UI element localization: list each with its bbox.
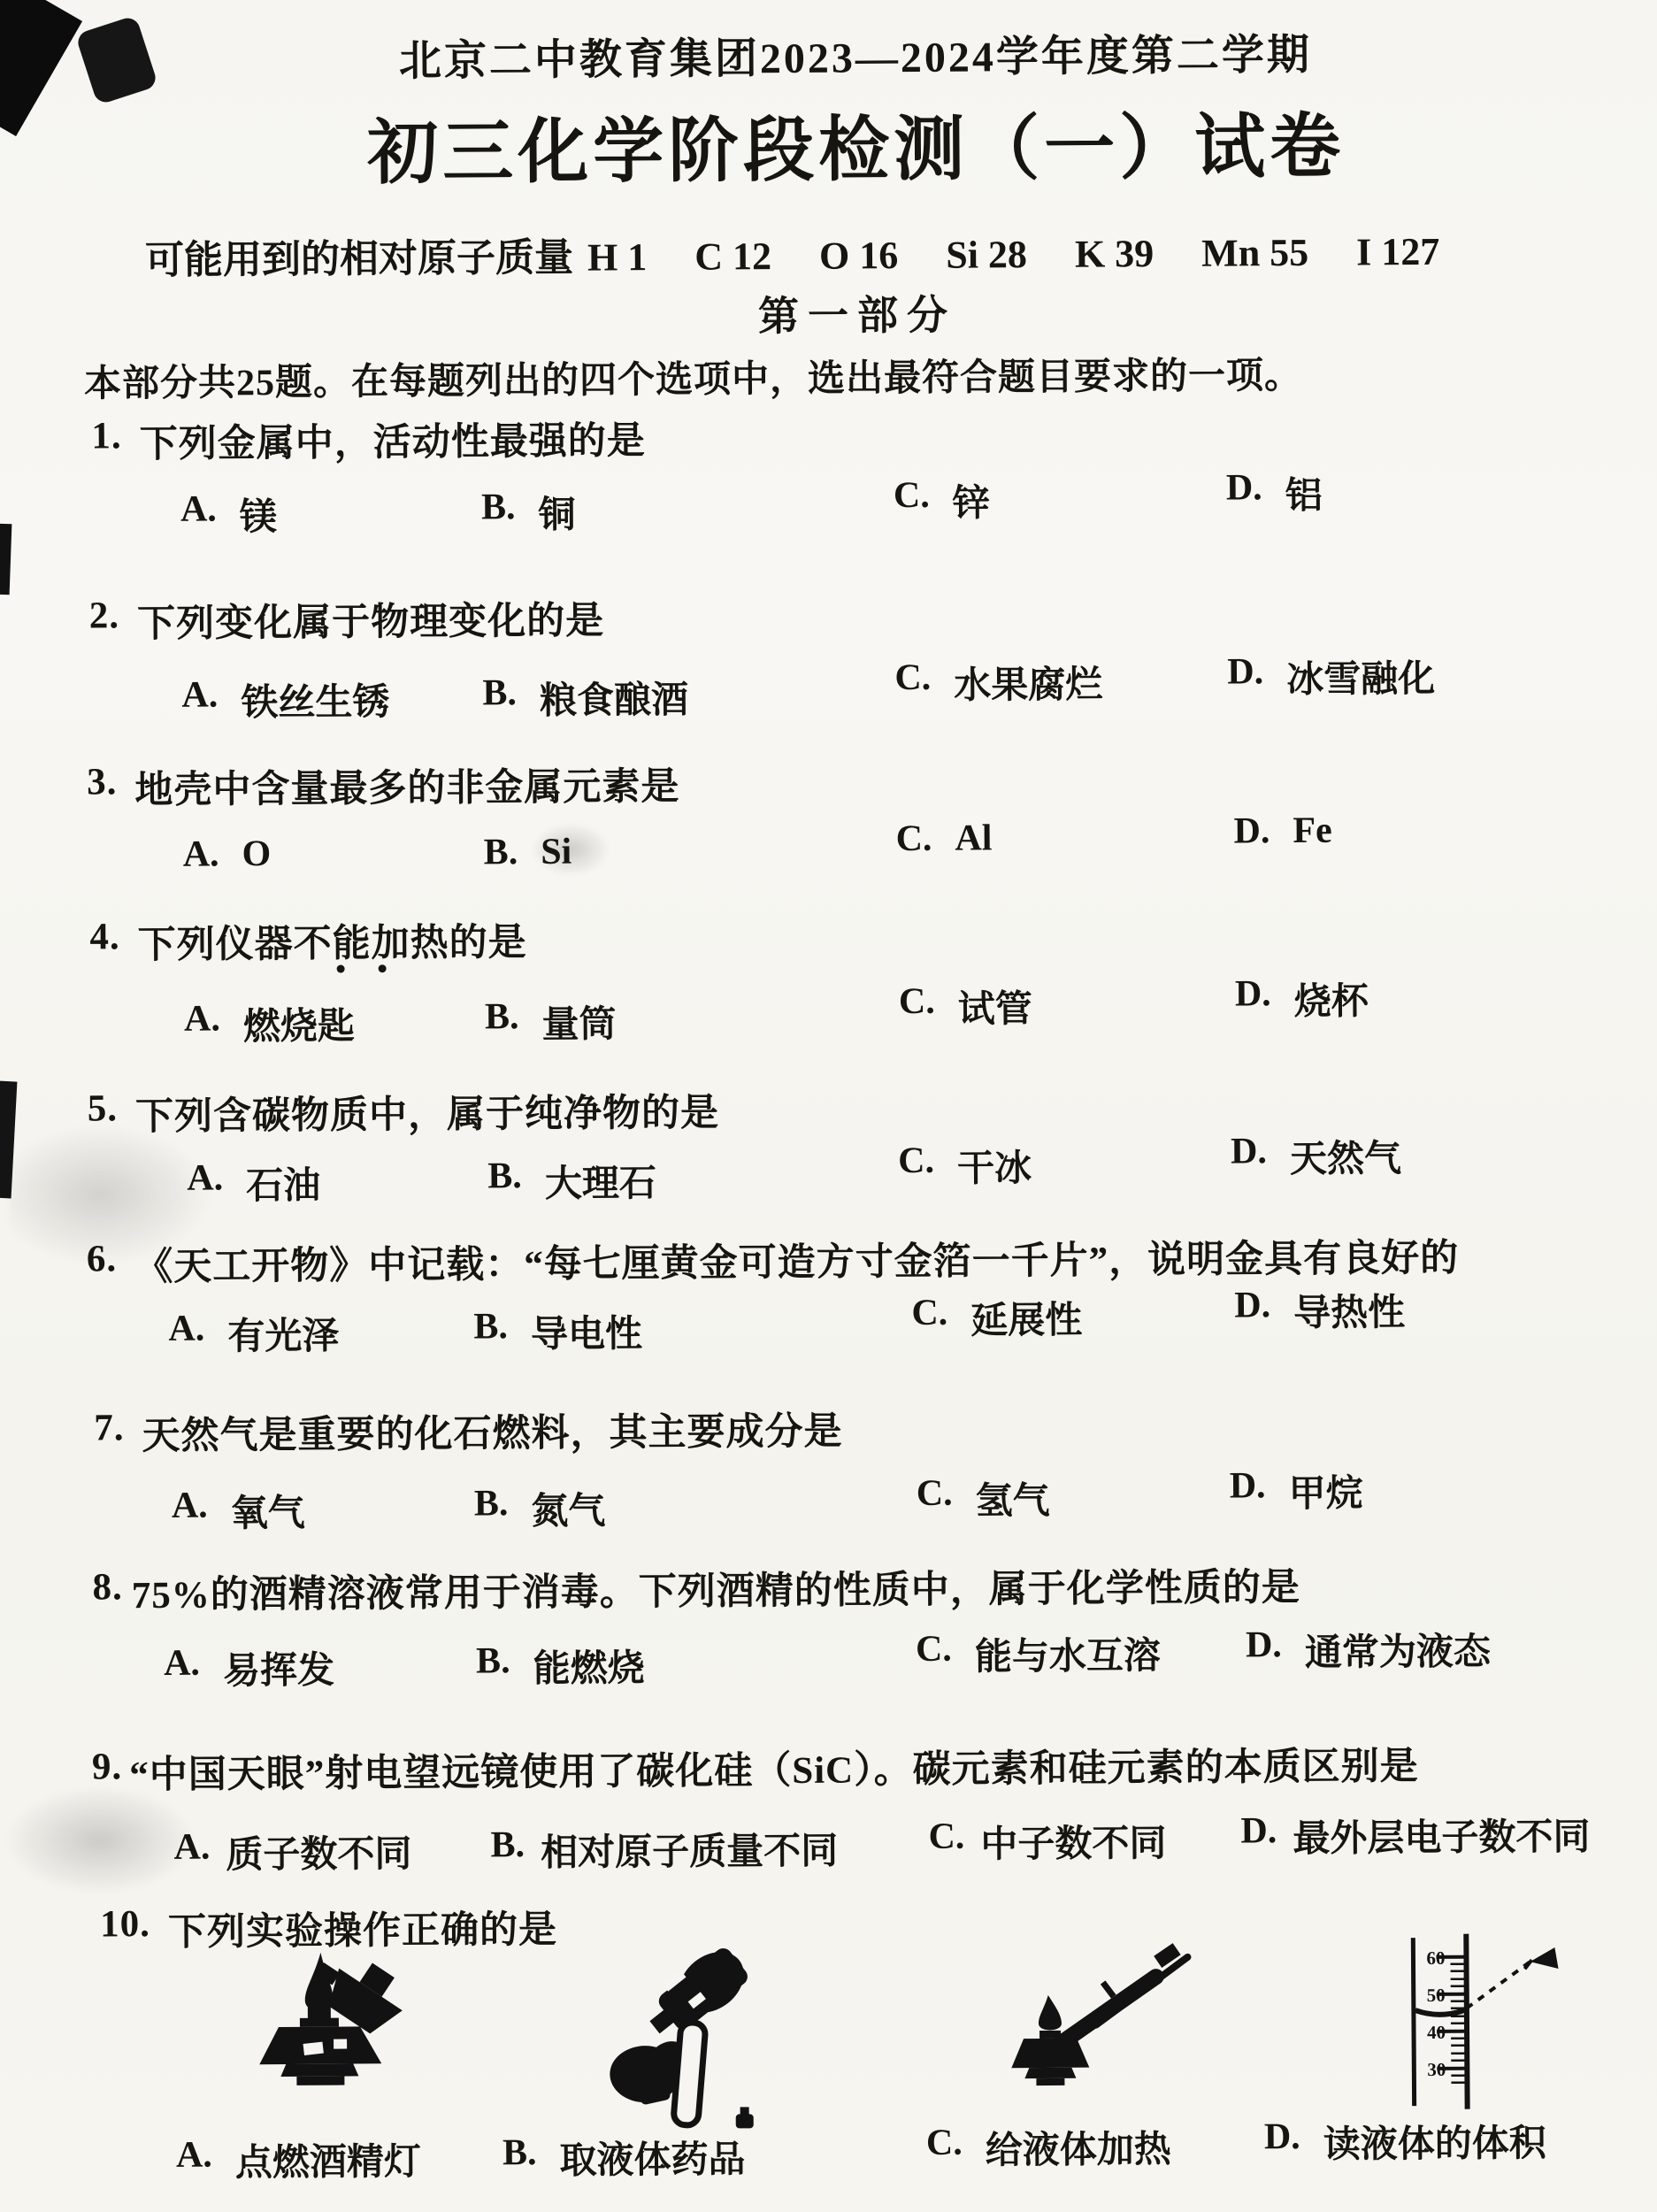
question-7-number: 7. [94,1406,125,1460]
graduated-cylinder-reading-figure: 60 50 40 30 [1367,1930,1571,2122]
question-6-text: 《天工开物》中记载：“每七厘黄金可造方寸金箔一千片”，说明金具有良好的 [134,1228,1459,1291]
q6-option-d: D.导热性 [1234,1283,1405,1337]
atomic-mass-note: 可能用到的相对原子质量 [145,236,573,282]
q6-option-b: B.导电性 [473,1304,642,1358]
q4-option-b: B.量筒 [485,995,617,1048]
question-7-text: 天然气是重要的化石燃料，其主要成分是 [142,1402,842,1461]
q10-option-b: B.取液体药品 [502,2130,746,2185]
q2-option-d: D.冰雪融化 [1227,649,1435,704]
q1-option-d: D.铝 [1226,466,1323,520]
question-3-text: 地壳中含量最多的非金属元素是 [134,757,679,814]
question-8-text: 75%的酒精溶液常用于消毒。下列酒精的性质中，属于化学性质的是 [132,1557,1300,1619]
q7-option-b: B.氮气 [474,1481,606,1535]
question-1-number: 1. [91,414,122,468]
atomic-mass-i: I 127 [1356,230,1439,274]
atomic-mass-c: C 12 [694,234,771,279]
question-6: 6. 《天工开物》中记载：“每七厘黄金可造方寸金箔一千片”，说明金具有良好的 [87,1228,1460,1292]
q7-option-a: A.氧气 [172,1484,305,1538]
q2-option-b: B.粮食酿酒 [482,671,688,726]
q3-option-c: C.Al [895,817,992,860]
q3-option-a: A.O [183,833,272,876]
question-1-text: 下列金属中，活动性最强的是 [139,411,645,468]
q6-option-c: C.延展性 [911,1291,1082,1345]
q1-option-a: A.镁 [180,488,277,541]
question-3-options: A.O B.Si C.Al D.Fe [6,823,1657,887]
question-5-text: 下列含碳物质中，属于纯净物的是 [135,1083,719,1141]
emphasis-dot [379,964,387,972]
svg-text:50: 50 [1427,1985,1446,2006]
question-9: 9. “中国天眼”射电望远镜使用了碳化硅（SiC）。碳元素和硅元素的本质区别是 [92,1736,1419,1799]
section-instructions: 本部分共25题。在每题列出的四个选项中，选出最符合题目要求的一项。 [84,346,1302,408]
scanned-content: 北京二中教育集团2023—2024学年度第二学期 初三化学阶段检测（一）试卷 可… [0,0,1657,2212]
svg-text:40: 40 [1427,2022,1446,2043]
q9-option-c: C.中子数不同 [928,1814,1166,1869]
q5-option-d: D.天然气 [1231,1129,1401,1183]
q7-option-d: D.甲烷 [1230,1463,1363,1517]
atomic-mass-o: O 16 [819,234,899,278]
q5-option-b: B.大理石 [487,1154,656,1208]
question-7: 7. 天然气是重要的化石燃料，其主要成分是 [94,1402,843,1461]
question-3: 3. 地壳中含量最多的非金属元素是 [87,757,680,815]
q10-option-a: A.点燃酒精灯 [176,2132,421,2187]
q10-option-c: C.给液体加热 [926,2120,1171,2175]
question-5: 5. 下列含碳物质中，属于纯净物的是 [88,1083,720,1141]
q9-option-d: D.最外层电子数不同 [1240,1808,1590,1863]
q8-option-d: D.通常为液态 [1246,1622,1491,1677]
question-1-options: A.镁 B.铜 C.锌 D.铝 [4,478,1657,542]
question-4-text: 下列仪器不能加热的是 [137,912,526,969]
q1-option-b: B.铜 [481,486,576,540]
q8-option-c: C.能与水互溶 [916,1626,1161,1681]
q4-option-d: D.烧杯 [1235,972,1369,1025]
svg-text:30: 30 [1427,2059,1446,2080]
section-title: 第一部分 [28,278,1657,348]
atomic-mass-h: H 1 [587,235,648,279]
q10-option-d: D.读液体的体积 [1264,2114,1546,2169]
atomic-mass-k: K 39 [1075,232,1155,276]
q6-option-a: A.有光泽 [168,1307,339,1361]
question-9-number: 9. [92,1745,123,1799]
atomic-mass-mn: Mn 55 [1201,231,1308,275]
question-2-number: 2. [89,594,120,648]
question-5-options: A.石油 B.大理石 C.干冰 D.天然气 [8,1147,1657,1211]
school-term-title: 北京二中教育集团2023—2024学年度第二学期 [27,18,1657,90]
question-8-number: 8. [92,1565,123,1619]
taking-liquid-reagent-figure [593,1940,785,2140]
question-8-options: A.易挥发 B.能燃烧 C.能与水互溶 D.通常为液态 [12,1632,1657,1696]
q2-option-c: C.水果腐烂 [894,656,1102,710]
q4-option-c: C.试管 [899,979,1032,1033]
question-9-options: A.质子数不同 B.相对原子质量不同 C.中子数不同 D.最外层电子数不同 [12,1816,1657,1880]
atomic-mass-line: 可能用到的相对原子质量H 1C 12O 16Si 28K 39Mn 55I 12… [145,219,1440,285]
q9-option-b: B.相对原子质量不同 [490,1822,838,1878]
question-5-number: 5. [88,1087,119,1141]
lighting-alcohol-lamp-figure [221,1947,452,2130]
question-6-number: 6. [87,1237,118,1291]
exam-paper-page: 北京二中教育集团2023—2024学年度第二学期 初三化学阶段检测（一）试卷 可… [0,0,1657,2212]
question-2-options: A.铁丝生锈 B.粮食酿酒 C.水果腐烂 D.冰雪融化 [4,664,1657,728]
emphasis-dot [337,964,345,972]
question-2-text: 下列变化属于物理变化的是 [137,590,604,648]
question-2: 2. 下列变化属于物理变化的是 [89,590,605,648]
question-3-number: 3. [87,760,118,814]
q5-option-c: C.干冰 [898,1139,1032,1193]
q5-option-a: A.石油 [187,1156,320,1210]
q4-option-a: A.燃烧匙 [184,996,355,1050]
paper-title: 初三化学阶段检测（一）试卷 [27,87,1657,200]
q9-option-a: A.质子数不同 [173,1824,411,1879]
question-9-text: “中国天眼”射电望远镜使用了碳化硅（SiC）。碳元素和硅元素的本质区别是 [129,1736,1419,1799]
question-8: 8. 75%的酒精溶液常用于消毒。下列酒精的性质中，属于化学性质的是 [92,1557,1300,1620]
question-1: 1. 下列金属中，活动性最强的是 [91,411,646,468]
q8-option-a: A.易挥发 [164,1641,334,1695]
q7-option-c: C.氢气 [917,1471,1050,1525]
question-6-options: A.有光泽 B.导电性 C.延展性 D.导热性 [9,1297,1657,1362]
question-10-number: 10. [100,1902,150,1956]
svg-text:60: 60 [1426,1947,1445,1969]
heating-liquid-figure [982,1943,1200,2122]
question-10-options: A.点燃酒精灯 B.取液体药品 C.给液体加热 D.读液体的体积 [15,2124,1657,2188]
q2-option-a: A.铁丝生锈 [181,672,389,727]
question-7-options: A.氧气 B.氮气 C.氢气 D.甲烷 [11,1474,1657,1539]
q3-option-b: B.Si [484,831,572,874]
question-4: 4. 下列仪器不能加热的是 [89,912,527,969]
q1-option-c: C.锌 [894,473,990,527]
question-4-options: A.燃烧匙 B.量筒 C.试管 D.烧杯 [7,987,1657,1052]
q3-option-d: D.Fe [1233,810,1331,853]
question-4-number: 4. [89,915,120,969]
q8-option-b: B.能燃烧 [476,1639,645,1693]
atomic-mass-si: Si 28 [946,233,1027,277]
